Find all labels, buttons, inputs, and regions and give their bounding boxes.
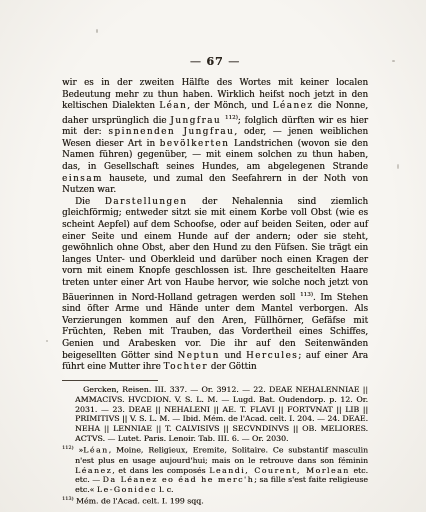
- scan-speck: [392, 60, 395, 62]
- footnotes-section: Gercken, Reisen. III. 337. — Or. 3912. —…: [62, 385, 368, 507]
- paragraph-1: wir es in der zweiten Hälfte des Wortes …: [62, 78, 368, 197]
- text-column: — 67 — wir es in der zweiten Hälfte des …: [62, 55, 368, 507]
- scan-speck: [46, 340, 48, 342]
- footnote-continuation: Gercken, Reisen. III. 337. — Or. 3912. —…: [75, 385, 368, 444]
- footnote-113: 113) Mém. de l'Acad. celt. I. 199 sqq.: [75, 495, 368, 507]
- paragraph-2: Die Darstellungen der Nehalennia sind zi…: [62, 197, 368, 374]
- page-number-header: — 67 —: [62, 55, 368, 68]
- footnote-divider: [62, 380, 158, 381]
- body-text: wir es in der zweiten Hälfte des Wortes …: [62, 78, 368, 374]
- scan-speck: [96, 29, 98, 33]
- footnote-112: 112) »Léan, Moine, Religieux, Eremite, S…: [75, 444, 368, 495]
- scan-speck: [397, 164, 399, 169]
- scanned-page: — 67 — wir es in der zweiten Hälfte des …: [0, 0, 426, 512]
- scan-speck: [76, 438, 80, 440]
